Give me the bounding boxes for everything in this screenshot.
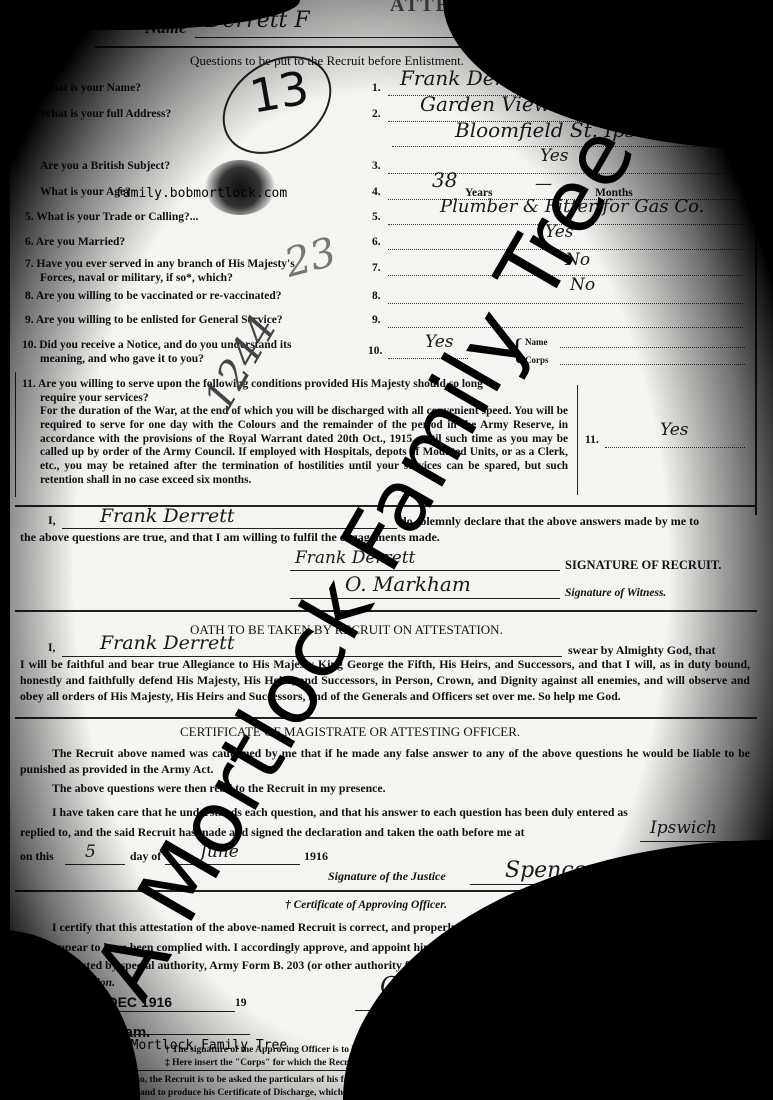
answer-10-num: 10.	[368, 345, 382, 357]
recruit-signature-label: SIGNATURE OF RECRUIT.	[565, 558, 721, 573]
day-line	[65, 864, 125, 865]
question-5-text: What is your Trade or Calling?...	[36, 211, 198, 223]
answer-8-num: 8.	[372, 290, 381, 302]
question-3-text: Are you a British Subject?	[40, 160, 170, 172]
justice-signature-label: Signature of the Justice	[328, 869, 446, 884]
question-7-text-line2: Forces, naval or military, if so*, which…	[40, 272, 233, 284]
attestation-year: 1916	[304, 849, 328, 864]
question-7-text: Have you ever served in any branch of Hi…	[37, 258, 295, 270]
question-7-num: 7.	[25, 258, 34, 270]
answer-11-num: 11.	[585, 434, 599, 446]
answer-4-years: 38	[432, 168, 457, 192]
question-6-text: Are you Married?	[36, 236, 125, 248]
question-5-num: 5.	[25, 211, 34, 223]
attestation-day: 5	[85, 842, 96, 862]
certificate-p3a: I have taken care that he understands ea…	[52, 805, 628, 820]
question-8-text: Are you willing to be vaccinated or re-v…	[36, 290, 282, 302]
answer-11-value: Yes	[660, 420, 689, 440]
answer-4-num: 4.	[372, 186, 381, 198]
answer-10-name-line	[560, 347, 745, 348]
declaration-prefix: I,	[48, 513, 56, 528]
answer-6-num: 6.	[372, 236, 381, 248]
question-10-text-line2: meaning, and who gave it to you?	[40, 353, 204, 365]
answer-10-corps-line	[560, 364, 745, 365]
oath-prefix: I,	[48, 642, 55, 654]
name-line	[195, 37, 470, 38]
certificate-top-rule	[15, 717, 757, 719]
certificate-p3b: replied to, and the said Recruit has mad…	[20, 825, 525, 840]
oath-name: Frank Derrett	[100, 632, 235, 654]
attestation-place: Ipswich	[650, 818, 717, 838]
certificate-p1: The Recruit above named was cautioned by…	[20, 745, 750, 777]
witness-signature-label: Signature of Witness.	[565, 587, 666, 599]
answer-9-num: 9.	[372, 314, 381, 326]
question-1-text: What is your Name?	[40, 82, 141, 94]
question-11-num: 11.	[22, 378, 36, 390]
answer-5-num: 5.	[372, 211, 381, 223]
on-this-label: on this	[20, 849, 54, 864]
question-10-num: 10.	[22, 339, 36, 351]
question-11-text-line2: require your services?	[40, 392, 149, 404]
answer-1-num: 1.	[372, 82, 381, 94]
right-border	[755, 150, 757, 515]
question-6-num: 6.	[25, 236, 34, 248]
circled-number: 13	[246, 60, 313, 123]
answer-3-num: 3.	[372, 160, 381, 172]
left-border	[15, 372, 16, 497]
bottom-caption-watermark: A Mortlock Family Tree	[115, 1038, 287, 1053]
approving-date-suffix: 19	[235, 997, 247, 1009]
question-8-num: 8.	[25, 290, 34, 302]
margin-note-a: 23	[280, 229, 341, 287]
site-url-watermark: family.bobmortlock.com	[115, 186, 287, 201]
oath-body: I will be faithful and bear true Allegia…	[20, 656, 750, 704]
q11-bracket	[577, 385, 578, 495]
declaration-name: Frank Derrett	[100, 505, 235, 527]
answer-11-line	[605, 447, 745, 448]
answer-7-num: 7.	[372, 262, 381, 274]
question-2-text: What is your full Address?	[40, 108, 171, 120]
answer-2-num: 2.	[372, 108, 381, 120]
question-9-num: 9.	[25, 314, 34, 326]
approving-title: † Certificate of Approving Officer.	[285, 899, 447, 911]
